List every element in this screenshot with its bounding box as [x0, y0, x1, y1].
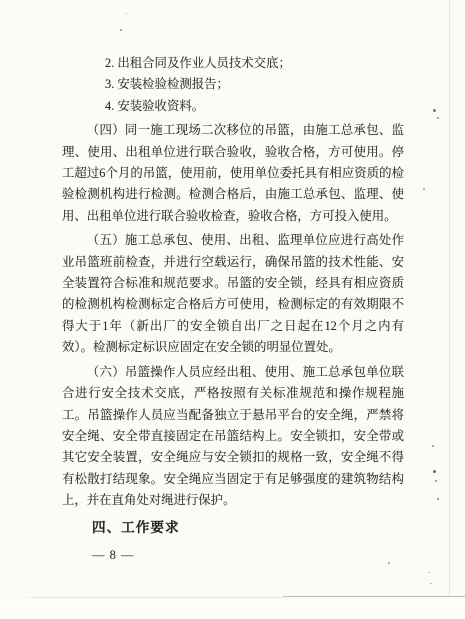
paragraph-si: （四）同一施工现场二次移位的吊篮，由施工总承包、监理、使用、出租单位进行联合验收…	[62, 120, 404, 227]
scan-speck	[435, 480, 437, 482]
scan-bottom-edge-line-left	[30, 597, 283, 598]
scan-speck	[433, 470, 436, 473]
paragraph-liu: （六）吊篮操作人员应经出租、使用、施工总承包单位联合进行安全技术交底，严格按照有…	[62, 362, 404, 512]
scan-speck	[433, 109, 436, 112]
scan-edge-vertical-line	[449, 0, 450, 596]
section-heading: 四、工作要求	[92, 517, 404, 538]
scan-speck	[423, 188, 425, 190]
scan-bottom-edge-line-right	[283, 596, 465, 597]
scanned-page: 2. 出租合同及作业人员技术交底； 3. 安装检验检测报告； 4. 安装验收资料…	[0, 0, 465, 619]
scan-speck	[120, 29, 122, 31]
scan-speck	[437, 117, 439, 119]
scan-speck	[432, 445, 434, 447]
scan-speck	[428, 572, 430, 573]
page-number: — 8 —	[92, 545, 404, 566]
list-item-3: 3. 安装检验检测报告；	[105, 74, 404, 95]
list-item-2: 2. 出租合同及作业人员技术交底；	[105, 53, 404, 74]
paragraph-wu: （五）施工总承包、使用、出租、监理单位应进行高处作业吊篮班前检查，并进行空载运行…	[62, 230, 404, 358]
scan-speck	[430, 583, 432, 584]
list-item-4: 4. 安装验收资料。	[105, 96, 404, 117]
scan-bottom-strip	[0, 598, 465, 619]
scan-speck	[437, 498, 439, 500]
scan-speck	[125, 13, 127, 14]
scan-speck	[388, 562, 390, 564]
document-body: 2. 出租合同及作业人员技术交底； 3. 安装检验检测报告； 4. 安装验收资料…	[62, 53, 404, 566]
